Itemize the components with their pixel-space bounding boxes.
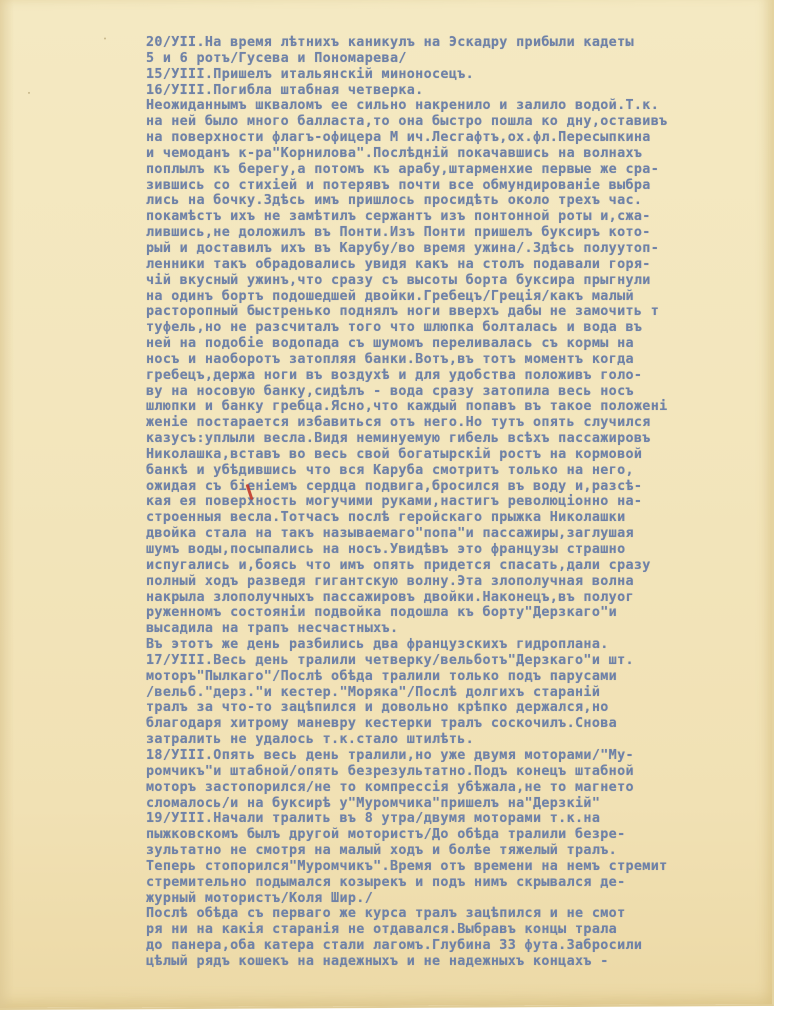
text-line: расторопный быстренько поднялъ ноги ввер… <box>146 304 786 320</box>
text-line: сломалось/и на буксирѣ у"Муромчика"прише… <box>146 796 786 812</box>
text-line: рый и доставилъ ихъ въ Карубу/во время у… <box>146 241 786 257</box>
text-line: зившись со стихiей и потерявъ почти все … <box>146 178 786 194</box>
text-line: поплылъ къ берегу,а потомъ къ арабу,штар… <box>146 162 786 178</box>
text-line: испугались и,боясь что имъ опять придетс… <box>146 558 786 574</box>
text-line: накрыла злополучныхъ пассажировъ двойки.… <box>146 590 786 606</box>
text-line: ней на подобiе водопада съ шумомъ перели… <box>146 336 786 352</box>
text-line: кая ея поверхность могучими руками,насти… <box>146 494 786 510</box>
text-line: /вельб."дерз."и кестер."Моряка"/Послѣ до… <box>146 685 786 701</box>
text-line: цѣлый рядъ кошекъ на надежныхъ и не наде… <box>146 954 786 970</box>
text-line: банкѣ и убѣдившись что вся Каруба смотри… <box>146 463 786 479</box>
text-line: двойка стала на такъ называемаго"попа"и … <box>146 526 786 542</box>
text-line: благодаря хитрому маневру кестерки тралъ… <box>146 716 786 732</box>
text-line: лись на бочку.Здѣсь имъ пришлось просидѣ… <box>146 193 786 209</box>
text-line: гребецъ,держа ноги въ воздухѣ и для удоб… <box>146 368 786 384</box>
text-line: высадила на трапъ несчастныхъ. <box>146 621 786 637</box>
text-line: носъ и наоборотъ затопляя банки.Вотъ,въ … <box>146 352 786 368</box>
text-line: 20/УII.На время лѣтнихъ каникулъ на Эска… <box>146 35 786 51</box>
typewritten-text: 20/УII.На время лѣтнихъ каникулъ на Эска… <box>146 35 786 970</box>
text-line: ря ни на какiя старанiя не отдавался.Выб… <box>146 922 786 938</box>
paper-speck <box>28 92 30 94</box>
text-line: ромчикъ"и штабной/опять безрезультатно.П… <box>146 764 786 780</box>
text-line: Теперь стопорился"Муромчикъ".Время отъ в… <box>146 859 786 875</box>
text-line: чiй вкусный ужинъ,что сразу съ высоты бо… <box>146 273 786 289</box>
text-line: 5 и 6 ротъ/Гусева и Пономарева/ <box>146 51 786 67</box>
text-line: шлюпки и банку гребца.Ясно,что каждый по… <box>146 399 786 415</box>
text-line: покамѣстъ ихъ не замѣтилъ сержантъ изъ п… <box>146 209 786 225</box>
text-line: 16/УIII.Погибла штабная четверка. <box>146 83 786 99</box>
text-line: 17/УIII.Весь день тралили четверку/вельб… <box>146 653 786 669</box>
text-line: на ней было много балласта,то она быстро… <box>146 114 786 130</box>
text-line: руженномъ состоянiи подвойка подошла къ … <box>146 605 786 621</box>
text-line: 18/УIII.Опять весь день тралили,но уже д… <box>146 748 786 764</box>
text-line: полный ходъ разведя гигантскую волну.Эта… <box>146 574 786 590</box>
text-line: моторъ"Пылкаго"/Послѣ обѣда тралили толь… <box>146 669 786 685</box>
text-line: Николашка,вставъ во весь свой богатырскi… <box>146 447 786 463</box>
text-line: 19/УIII.Начали тралить въ 8 утра/двумя м… <box>146 811 786 827</box>
text-line: 15/УIII.Пришелъ итальянскiй миноносецъ. <box>146 67 786 83</box>
text-line: ленники такъ обрадовались увидя какъ на … <box>146 257 786 273</box>
text-line: стремительно подымался козырекъ и подъ н… <box>146 875 786 891</box>
text-line: на одинъ бортъ подошедшей двойки.Гребецъ… <box>146 289 786 305</box>
text-line: зультатно не смотря на малый ходъ и болѣ… <box>146 843 786 859</box>
text-line: строенныя весла.Тотчасъ послѣ геройскаго… <box>146 510 786 526</box>
text-line: туфель,но не разсчиталъ того что шлюпка … <box>146 320 786 336</box>
text-line: журный мотористъ/Коля Шир./ <box>146 891 786 907</box>
text-line: Неожиданнымъ шкваломъ ее сильно накренил… <box>146 98 786 114</box>
text-line: и чемоданъ к-ра"Корнилова".Послѣднiй пок… <box>146 146 786 162</box>
text-line: шумъ воды,посыпались на носъ.Увидѣвъ это… <box>146 542 786 558</box>
text-line: лившись,не доложилъ въ Понти.Изъ Понти п… <box>146 225 786 241</box>
text-line: затралить не удалось т.к.стало штилѣть. <box>146 732 786 748</box>
text-line: Послѣ обѣда съ перваго же курса тралъ за… <box>146 906 786 922</box>
text-line: ожидая съ бiенiемъ сердца подвига,бросил… <box>146 479 786 495</box>
text-line: казусъ:уплыли весла.Видя неминуемую гибе… <box>146 431 786 447</box>
text-line: пыжковскомъ былъ другой мотористъ/До обѣ… <box>146 827 786 843</box>
paper-speck <box>104 37 106 39</box>
text-line: на поверхности флагъ-офицера М ич.Лесгаф… <box>146 130 786 146</box>
text-line: моторъ застопорился/не то компрессiя убѣ… <box>146 780 786 796</box>
text-line: Въ этотъ же день разбились два французск… <box>146 637 786 653</box>
text-line: ву на носовую банку,сидѣлъ - вода сразу … <box>146 384 786 400</box>
text-line: женiе постарается избавиться отъ него.Но… <box>146 415 786 431</box>
text-line: тралъ за что-то зацѣпился и довольно крѣ… <box>146 700 786 716</box>
text-line: до панера,оба катера стали лагомъ.Глубин… <box>146 938 786 954</box>
